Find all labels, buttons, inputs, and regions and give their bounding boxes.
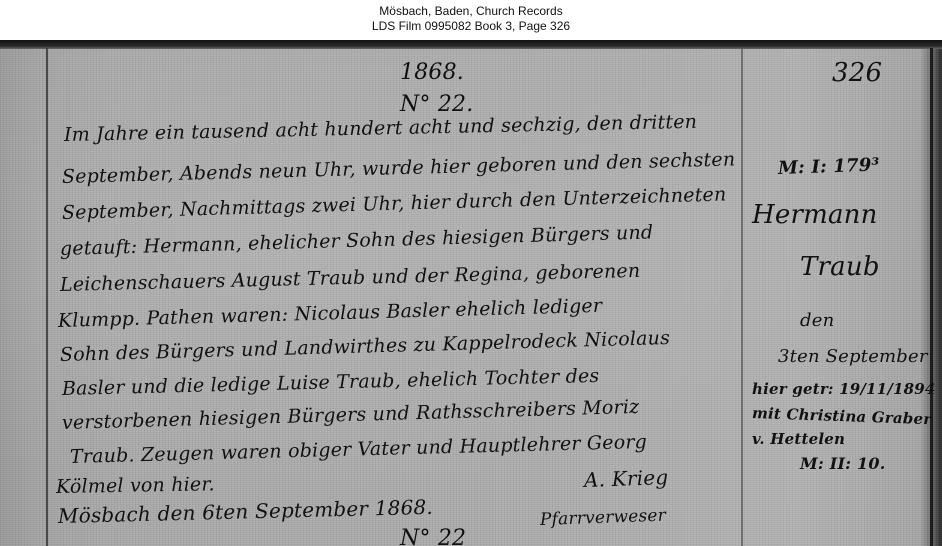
margin-marriage-note: hier getr: 19/11/1894 bbox=[752, 380, 936, 398]
margin-reference-1: M: I: 179³ bbox=[778, 154, 880, 179]
entry-line-4: getauft: Hermann, ehelicher Sohn des hie… bbox=[60, 221, 654, 260]
signature-title: Pfarrverweser bbox=[540, 506, 667, 530]
page-top-shadow bbox=[0, 40, 942, 49]
record-year: 1868. bbox=[400, 60, 464, 85]
scanned-register-page: 1868. N° 22. 326 Im Jahre ein tausend ac… bbox=[0, 40, 942, 546]
page-number: 326 bbox=[832, 58, 882, 88]
entry-line-9: verstorbenen hiesigen Bürgers und Rathss… bbox=[62, 396, 640, 434]
entry-line-5: Leichenschauers August Traub und der Reg… bbox=[60, 260, 641, 296]
margin-spouse: mit Christina Graber bbox=[752, 404, 932, 428]
entry-line-11: Kölmel von hier. bbox=[56, 473, 215, 498]
caption-title: Mösbach, Baden, Church Records bbox=[0, 4, 942, 19]
entry-line-8: Basler und die ledige Luise Traub, eheli… bbox=[62, 365, 600, 400]
image-caption: Mösbach, Baden, Church Records LDS Film … bbox=[0, 0, 942, 40]
entry-line-7: Sohn des Bürgers und Landwirthes zu Kapp… bbox=[60, 327, 671, 366]
margin-child-surname: Traub bbox=[800, 252, 880, 282]
entry-line-3: September, Nachmittags zwei Uhr, hier du… bbox=[62, 183, 727, 224]
margin-reference-2: M: II: 10. bbox=[800, 454, 885, 473]
margin-child-first-name: Hermann bbox=[752, 200, 878, 230]
closing-place-date: Mösbach den 6ten September 1868. bbox=[58, 495, 434, 528]
entry-line-2: September, Abends neun Uhr, wurde hier g… bbox=[62, 148, 736, 188]
entry-line-1: Im Jahre ein tausend acht hundert acht u… bbox=[64, 111, 698, 146]
column-divider-rule bbox=[741, 48, 743, 546]
entry-line-10: Traub. Zeugen waren obiger Vater und Hau… bbox=[70, 431, 648, 468]
entry-number: N° 22. bbox=[400, 92, 473, 117]
margin-spouse-place: v. Hettelen bbox=[752, 430, 845, 448]
footer-entry-number: N° 22 bbox=[400, 526, 466, 546]
caption-source: LDS Film 0995082 Book 3, Page 326 bbox=[0, 19, 942, 34]
signature-name: A. Krieg bbox=[584, 465, 669, 492]
margin-den: den bbox=[800, 310, 834, 331]
page-right-edge bbox=[930, 48, 933, 546]
entry-line-6: Klumpp. Pathen waren: Nicolaus Basler eh… bbox=[58, 295, 603, 332]
left-margin-rule bbox=[46, 48, 48, 546]
margin-birth-date: 3ten September bbox=[778, 346, 928, 367]
